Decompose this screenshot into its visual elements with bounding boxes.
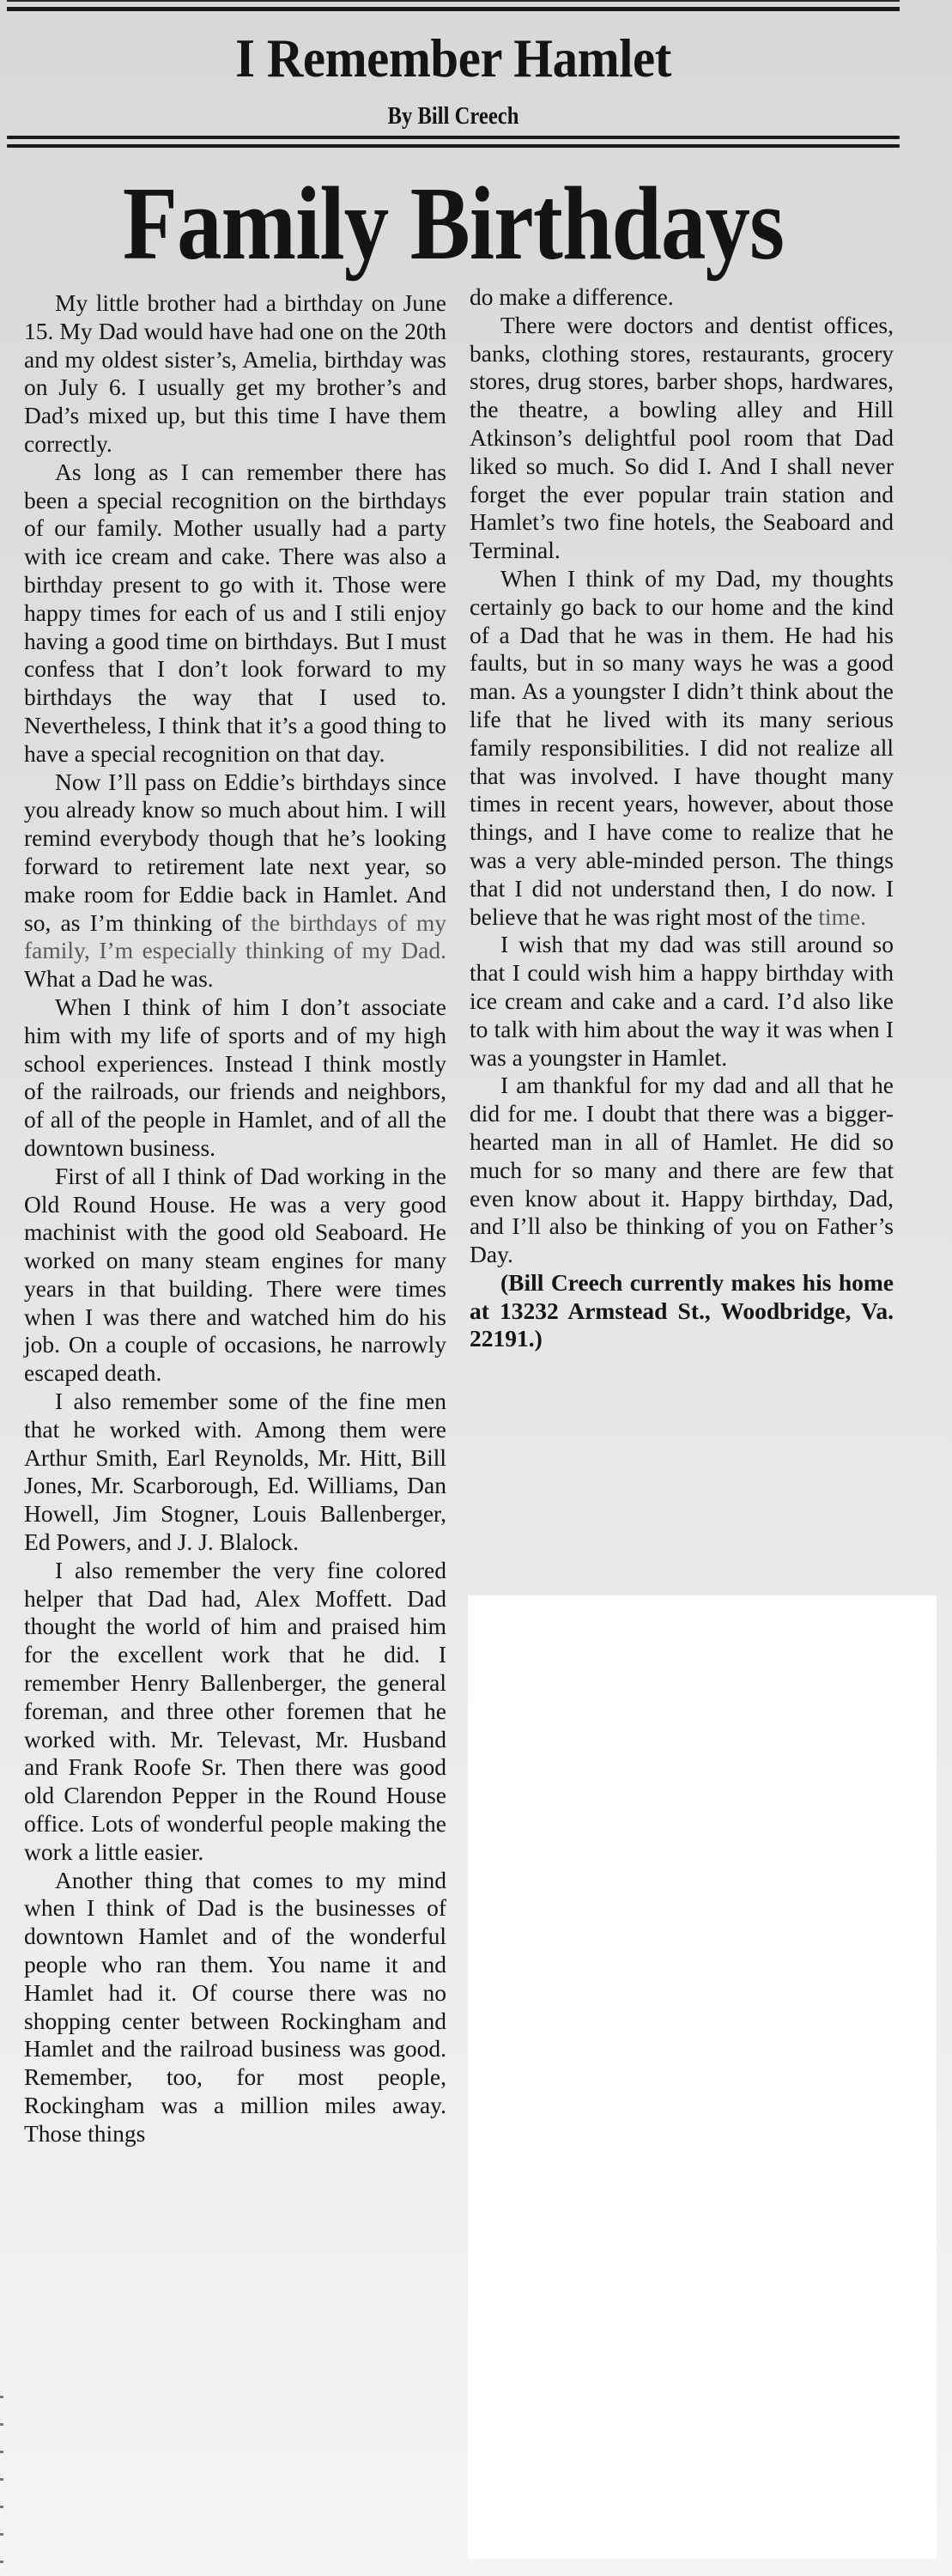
paragraph: There were doctors and dentist offices, … [470, 312, 894, 565]
paragraph-text: When I think of my Dad, my thoughts cert… [470, 565, 894, 930]
masthead-double-rule [7, 136, 900, 148]
scan-edge-marks [0, 2396, 3, 2567]
paragraph: I wish that my dad was still around so t… [470, 931, 894, 1072]
paragraph: When I think of him I don’t associate hi… [24, 993, 446, 1163]
top-rule [7, 7, 900, 11]
article-column-left: My little brother had a birthday on June… [24, 289, 446, 2148]
byline: By Bill Creech [68, 101, 839, 131]
top-thin-rule [7, 0, 900, 2]
paragraph: First of all I think of Dad work­ing in … [24, 1163, 446, 1388]
paragraph-continuation: do make a difference. [470, 283, 894, 312]
series-title: I Remember Hamlet [36, 27, 870, 89]
paragraph: Now I’ll pass on Eddie’s birth­days sinc… [24, 769, 446, 993]
paragraph: Another thing that comes to my mind when… [24, 1867, 446, 2148]
paragraph: My little brother had a birthday on June… [24, 289, 446, 459]
article-column-right: do make a difference. There were doctors… [470, 283, 894, 1353]
paragraph: I also remember some of the fine men tha… [24, 1388, 446, 1557]
blank-area [468, 1595, 937, 2559]
paragraph: I also remember the very fine colored he… [24, 1557, 446, 1867]
paragraph-text: What a Dad he was. [24, 965, 214, 992]
article-headline: Family Birthdays [64, 168, 843, 280]
paragraph: As long as I can remember there has been… [24, 459, 446, 769]
paragraph: I am thankful for my dad and all that he… [470, 1072, 894, 1269]
faded-text: time. [818, 903, 866, 930]
author-bio: (Bill Creech currently makes his home at… [470, 1269, 894, 1353]
paragraph: When I think of my Dad, my thoughts cert… [470, 565, 894, 931]
